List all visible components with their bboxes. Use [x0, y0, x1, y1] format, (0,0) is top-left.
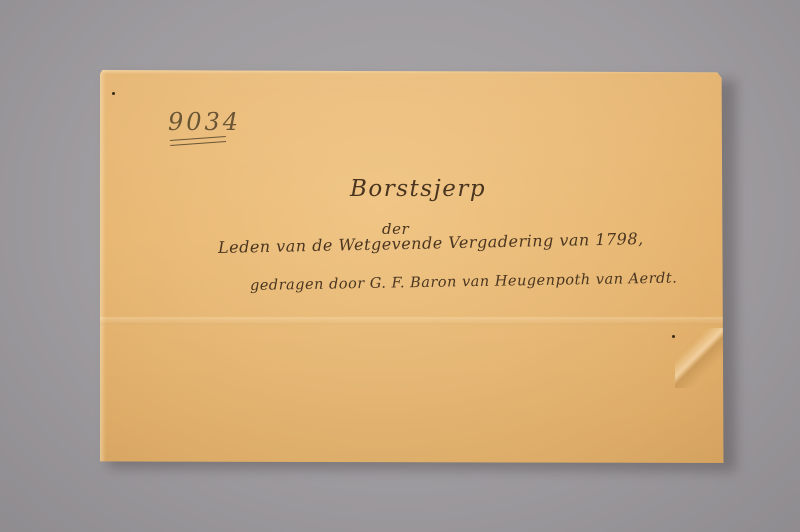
catalog-number: 9034	[168, 108, 241, 136]
catalog-number-underline	[170, 136, 226, 146]
envelope: 9034 Borstsjerp der Leden van de Wetgeve…	[100, 70, 726, 463]
inscription-line-1: Leden van de Wetgevende Vergadering van …	[218, 229, 644, 257]
paper-speck	[112, 92, 115, 95]
envelope-top-edge	[100, 70, 726, 74]
envelope-left-edge	[100, 70, 106, 463]
inscription-line-2: gedragen door G. F. Baron van Heugenpoth…	[250, 271, 678, 294]
inscription-title: Borstsjerp	[350, 176, 486, 202]
paper-speck	[672, 335, 675, 338]
envelope-fold-line	[100, 317, 726, 325]
envelope-corner-crease	[675, 328, 725, 388]
